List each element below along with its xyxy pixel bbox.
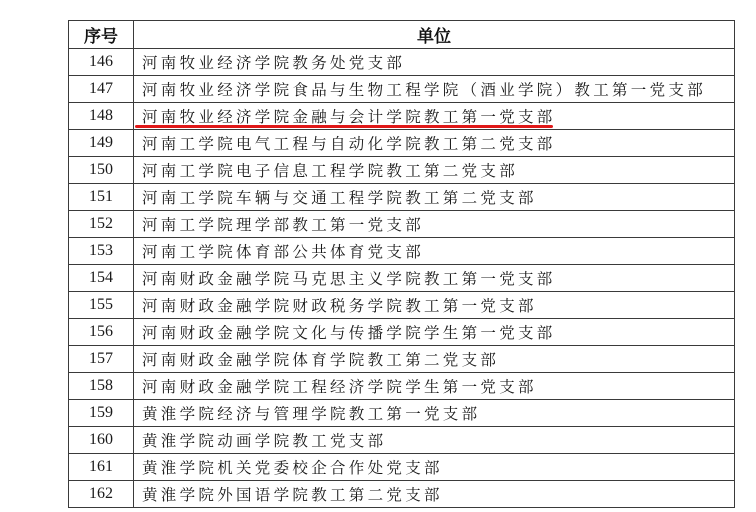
table-header-row: 序号 单位 bbox=[69, 21, 735, 49]
table-row: 149河南工学院电气工程与自动化学院教工第二党支部 bbox=[69, 130, 735, 157]
table-row: 155河南财政金融学院财政税务学院教工第一党支部 bbox=[69, 292, 735, 319]
row-unit: 黄淮学院经济与管理学院教工第一党支部 bbox=[134, 400, 735, 427]
row-index: 148 bbox=[69, 103, 134, 130]
row-index: 149 bbox=[69, 130, 134, 157]
header-unit: 单位 bbox=[134, 21, 735, 49]
table-row: 151河南工学院车辆与交通工程学院教工第二党支部 bbox=[69, 184, 735, 211]
table-row: 150河南工学院电子信息工程学院教工第二党支部 bbox=[69, 157, 735, 184]
row-unit: 河南财政金融学院马克思主义学院教工第一党支部 bbox=[134, 265, 735, 292]
red-highlight-underline bbox=[135, 125, 553, 128]
row-index: 146 bbox=[69, 49, 134, 76]
header-index: 序号 bbox=[69, 21, 134, 49]
document-page: 序号 单位 146河南牧业经济学院教务处党支部 147河南牧业经济学院食品与生物… bbox=[0, 0, 756, 512]
row-unit: 河南工学院体育部公共体育党支部 bbox=[134, 238, 735, 265]
row-index: 160 bbox=[69, 427, 134, 454]
table-row: 159黄淮学院经济与管理学院教工第一党支部 bbox=[69, 400, 735, 427]
table-row: 146河南牧业经济学院教务处党支部 bbox=[69, 49, 735, 76]
row-unit: 河南工学院电气工程与自动化学院教工第二党支部 bbox=[134, 130, 735, 157]
row-unit: 黄淮学院机关党委校企合作处党支部 bbox=[134, 454, 735, 481]
row-index: 153 bbox=[69, 238, 134, 265]
table-row: 160黄淮学院动画学院教工党支部 bbox=[69, 427, 735, 454]
row-index: 147 bbox=[69, 76, 134, 103]
row-index: 154 bbox=[69, 265, 134, 292]
party-branch-table: 序号 单位 146河南牧业经济学院教务处党支部 147河南牧业经济学院食品与生物… bbox=[68, 20, 735, 508]
table-row: 156河南财政金融学院文化与传播学院学生第一党支部 bbox=[69, 319, 735, 346]
row-unit: 河南财政金融学院财政税务学院教工第一党支部 bbox=[134, 292, 735, 319]
row-unit: 河南牧业经济学院教务处党支部 bbox=[134, 49, 735, 76]
row-unit: 河南财政金融学院工程经济学院学生第一党支部 bbox=[134, 373, 735, 400]
row-unit: 河南工学院车辆与交通工程学院教工第二党支部 bbox=[134, 184, 735, 211]
row-unit: 河南财政金融学院文化与传播学院学生第一党支部 bbox=[134, 319, 735, 346]
row-index: 158 bbox=[69, 373, 134, 400]
row-index: 151 bbox=[69, 184, 134, 211]
row-unit: 河南牧业经济学院食品与生物工程学院（酒业学院）教工第一党支部 bbox=[134, 76, 735, 103]
row-unit: 黄淮学院动画学院教工党支部 bbox=[134, 427, 735, 454]
row-index: 150 bbox=[69, 157, 134, 184]
row-index: 156 bbox=[69, 319, 134, 346]
table-row: 162黄淮学院外国语学院教工第二党支部 bbox=[69, 481, 735, 508]
row-unit: 河南工学院电子信息工程学院教工第二党支部 bbox=[134, 157, 735, 184]
table-row: 147河南牧业经济学院食品与生物工程学院（酒业学院）教工第一党支部 bbox=[69, 76, 735, 103]
row-index: 162 bbox=[69, 481, 134, 508]
table-row: 154河南财政金融学院马克思主义学院教工第一党支部 bbox=[69, 265, 735, 292]
row-index: 157 bbox=[69, 346, 134, 373]
table-row: 157河南财政金融学院体育学院教工第二党支部 bbox=[69, 346, 735, 373]
row-unit: 河南工学院理学部教工第一党支部 bbox=[134, 211, 735, 238]
table-row: 158河南财政金融学院工程经济学院学生第一党支部 bbox=[69, 373, 735, 400]
row-index: 152 bbox=[69, 211, 134, 238]
row-unit: 河南财政金融学院体育学院教工第二党支部 bbox=[134, 346, 735, 373]
table-row: 153河南工学院体育部公共体育党支部 bbox=[69, 238, 735, 265]
row-index: 161 bbox=[69, 454, 134, 481]
table-row: 152河南工学院理学部教工第一党支部 bbox=[69, 211, 735, 238]
row-unit: 黄淮学院外国语学院教工第二党支部 bbox=[134, 481, 735, 508]
row-index: 155 bbox=[69, 292, 134, 319]
table-row: 161黄淮学院机关党委校企合作处党支部 bbox=[69, 454, 735, 481]
row-index: 159 bbox=[69, 400, 134, 427]
